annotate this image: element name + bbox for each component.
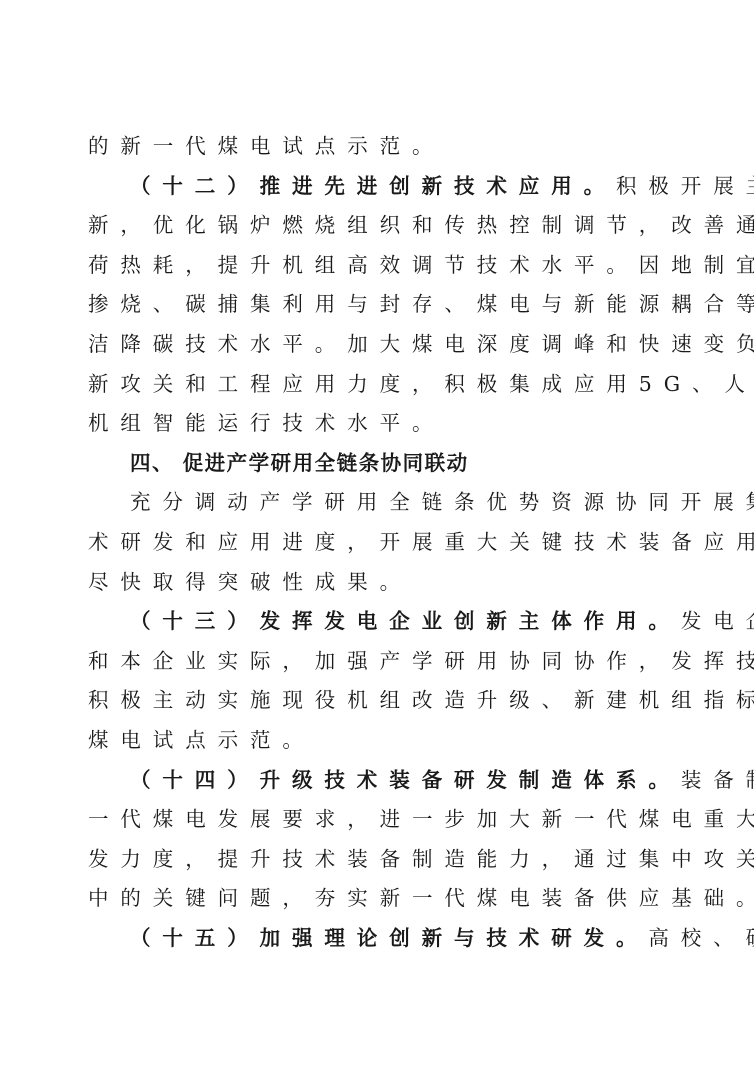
text-line: 和本企业实际，加强产学研用协同协作，发挥技术创新主体作用， <box>88 642 678 682</box>
paragraph-title: （十四）升级技术装备研发制造体系。 <box>130 768 681 792</box>
text-line: 发力度，提升技术装备制造能力，通过集中攻关解决技术装备体系 <box>88 840 678 880</box>
text-line: 掺烧、碳捕集利用与封存、煤电与新能源耦合等技术，提升机组清 <box>88 285 678 325</box>
section-heading: 四、 促进产学研用全链条协同联动 <box>88 444 678 484</box>
paragraph-title: （十三）发挥发电企业创新主体作用。 <box>130 609 681 633</box>
paragraph-title: （十二）推进先进创新技术应用。 <box>130 174 616 198</box>
text-line: 积极开展主辅机装备技术创 <box>616 174 754 198</box>
text-line: 一代煤电发展要求，进一步加大新一代煤电重大关键技术和装备研 <box>88 800 678 840</box>
paragraph-title: （十五）加强理论创新与技术研发。 <box>130 926 648 950</box>
text-line: 术研发和应用进度，开展重大关键技术装备应用和示范工程建设， <box>88 523 678 563</box>
text-line: 装备制造企业要结合新 <box>681 768 754 792</box>
text-line: 积极主动实施现役机组改造升级、新建机组指标水平提升与新一代 <box>88 681 678 721</box>
text-line: 煤电试点示范。 <box>88 721 678 761</box>
text-line: 机组智能运行技术水平。 <box>88 404 678 444</box>
text-line: 的新一代煤电试点示范。 <box>88 134 444 158</box>
paragraph-14: （十四）升级技术装备研发制造体系。装备制造企业要结合新 一代煤电发展要求，进一步… <box>88 761 678 919</box>
paragraph-15: （十五）加强理论创新与技术研发。高校、研究机构应加强新 <box>88 919 678 959</box>
paragraph-13: （十三）发挥发电企业创新主体作用。发电企业要结合各地区 和本企业实际，加强产学研… <box>88 602 678 760</box>
text-line: 高校、研究机构应加强新 <box>648 926 754 950</box>
text-line: 荷热耗，提升机组高效调节技术水平。因地制宜采用零碳低碳燃料 <box>88 246 678 286</box>
paragraph-12: （十二）推进先进创新技术应用。积极开展主辅机装备技术创 新，优化锅炉燃烧组织和传… <box>88 167 678 444</box>
text-line: 洁降碳技术水平。加大煤电深度调峰和快速变负荷智能控制技术创 <box>88 325 678 365</box>
text-line: 尽快取得突破性成果。 <box>88 563 678 603</box>
document-page: 的新一代煤电试点示范。 （十二）推进先进创新技术应用。积极开展主辅机装备技术创 … <box>88 127 678 958</box>
paragraph-continuation: 的新一代煤电试点示范。 <box>88 127 678 167</box>
text-line: 中的关键问题，夯实新一代煤电装备供应基础。 <box>88 879 678 919</box>
section-4-intro: 充分调动产学研用全链条优势资源协同开展集中攻关，加快技 术研发和应用进度，开展重… <box>88 483 678 602</box>
text-line: 发电企业要结合各地区 <box>681 609 754 633</box>
text-line: 新，优化锅炉燃烧组织和传热控制调节，改善通流降低汽轮机低负 <box>88 206 678 246</box>
text-line: 充分调动产学研用全链条优势资源协同开展集中攻关，加快技 <box>88 483 678 523</box>
text-line: 新攻关和工程应用力度，积极集成应用5G、人工智能等技术，提升 <box>88 365 678 405</box>
